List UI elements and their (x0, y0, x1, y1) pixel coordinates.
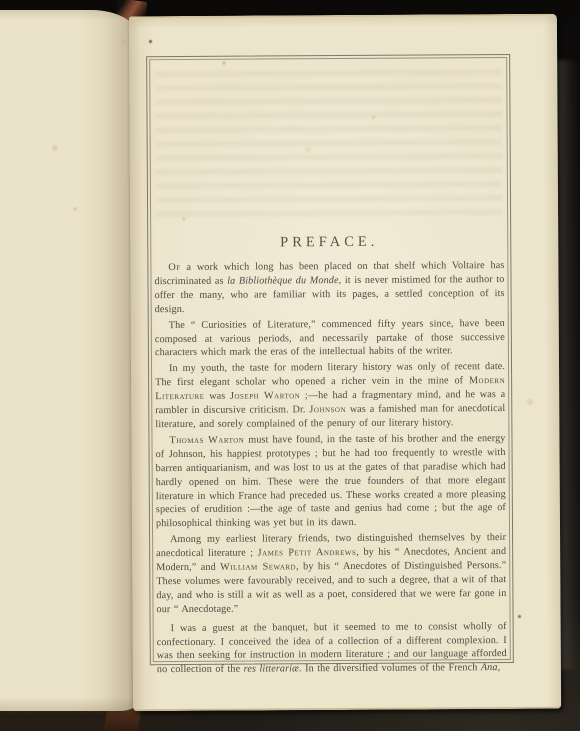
preface-page: PREFACE. Of a work which long has been p… (129, 14, 561, 712)
paragraph: In my youth, the taste for modern litera… (155, 360, 505, 432)
page-title: PREFACE. (154, 234, 504, 251)
foxing-spot (437, 384, 442, 389)
foxing-spot (121, 39, 126, 44)
paragraph: Among my earliest literary friends, two … (156, 531, 507, 617)
foxing-spot (305, 147, 311, 153)
foxing-spot (222, 61, 226, 65)
left-page (0, 10, 140, 711)
paragraph: Of a work which long has been placed on … (154, 259, 504, 317)
foxing-spot (52, 145, 58, 151)
book-photograph: PREFACE. Of a work which long has been p… (0, 0, 580, 731)
paragraph: Thomas Warton must have found, in the ta… (155, 432, 506, 531)
foxing-spot (518, 615, 521, 618)
foxing-spot (73, 207, 77, 211)
page-border-frame: PREFACE. Of a work which long has been p… (146, 54, 514, 665)
foxing-spot (527, 399, 533, 405)
paragraphs: Of a work which long has been placed on … (154, 259, 507, 677)
foxing-spot (149, 40, 152, 43)
foxing-spot (372, 116, 375, 119)
paragraph: The “ Curiosities of Literature,” commen… (155, 317, 505, 361)
foxing-spot (131, 313, 136, 318)
paragraph: I was a guest at the banquet, but it see… (157, 620, 507, 678)
foxing-spot (182, 217, 186, 221)
page-content: PREFACE. Of a work which long has been p… (147, 55, 513, 664)
